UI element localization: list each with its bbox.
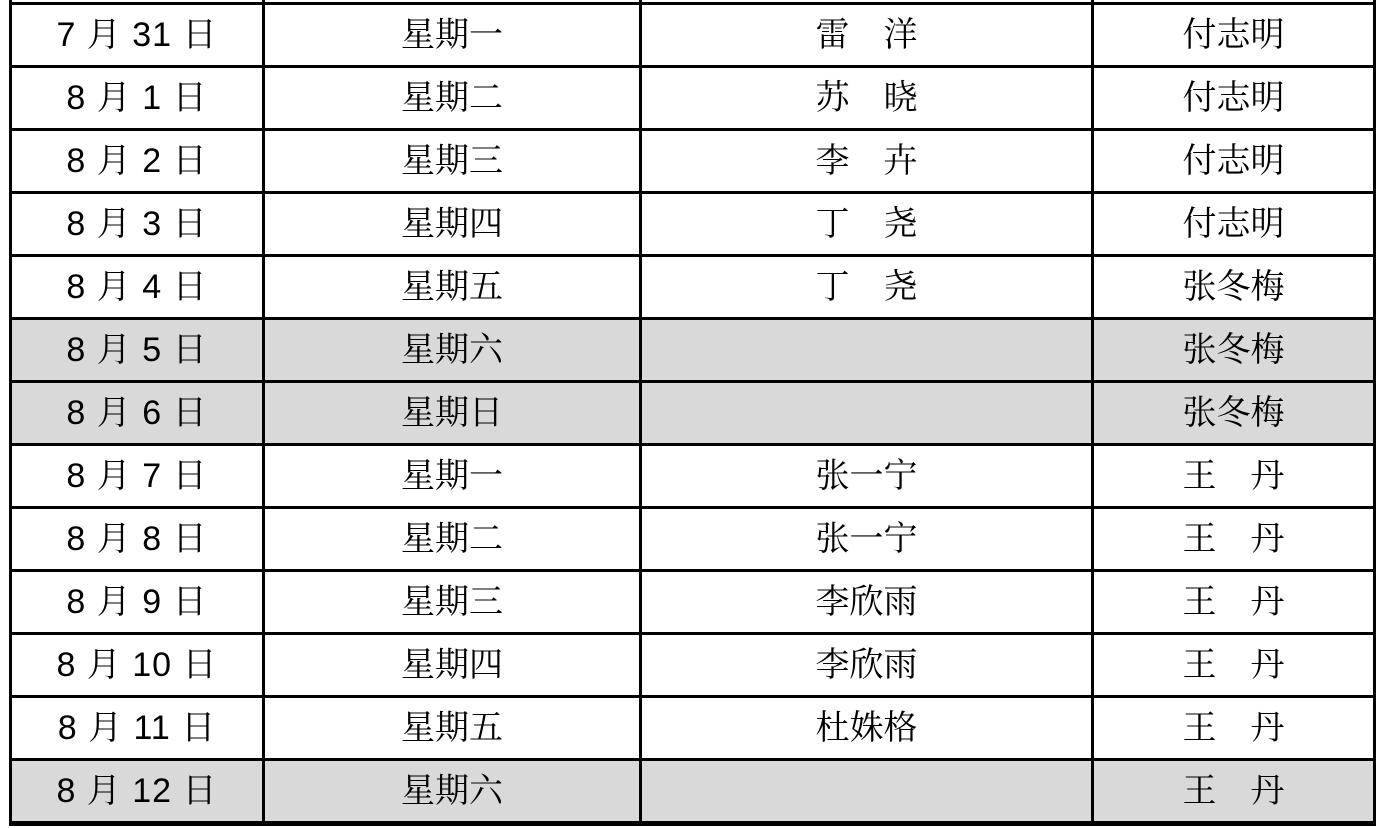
lead-person-cell: 付志明	[1093, 130, 1375, 193]
weekday-cell: 星期一	[264, 4, 641, 67]
date-cell: 7 月 31 日	[11, 4, 264, 67]
date-cell: 8 月 5 日	[11, 319, 264, 382]
table-row: 8 月 6 日 星期日 张冬梅	[11, 382, 1375, 445]
duty-person-cell	[641, 760, 1093, 824]
roster-body: 7 月 31 日 星期一 雷 洋 付志明 8 月 1 日 星期二 苏 晓 付志明…	[11, 0, 1375, 824]
duty-person-cell: 张一宁	[641, 508, 1093, 571]
lead-person-cell: 王 丹	[1093, 697, 1375, 760]
weekday-cell: 星期三	[264, 130, 641, 193]
duty-person-cell	[641, 382, 1093, 445]
date-cell: 8 月 11 日	[11, 697, 264, 760]
lead-person-cell: 王 丹	[1093, 571, 1375, 634]
lead-person-cell: 王 丹	[1093, 634, 1375, 697]
weekday-cell: 星期六	[264, 319, 641, 382]
table-row: 8 月 12 日 星期六 王 丹	[11, 760, 1375, 824]
lead-person-cell: 付志明	[1093, 4, 1375, 67]
date-cell: 8 月 2 日	[11, 130, 264, 193]
duty-person-cell: 杜姝格	[641, 697, 1093, 760]
date-cell: 8 月 6 日	[11, 382, 264, 445]
table-row: 8 月 2 日 星期三 李 卉 付志明	[11, 130, 1375, 193]
lead-person-cell: 付志明	[1093, 193, 1375, 256]
duty-person-cell	[641, 319, 1093, 382]
weekday-cell: 星期二	[264, 508, 641, 571]
date-cell: 8 月 10 日	[11, 634, 264, 697]
table-row: 8 月 4 日 星期五 丁 尧 张冬梅	[11, 256, 1375, 319]
table-row: 8 月 7 日 星期一 张一宁 王 丹	[11, 445, 1375, 508]
duty-person-cell: 张一宁	[641, 445, 1093, 508]
weekday-cell: 星期五	[264, 256, 641, 319]
table-row: 8 月 10 日 星期四 李欣雨 王 丹	[11, 634, 1375, 697]
weekday-cell: 星期一	[264, 445, 641, 508]
date-cell: 8 月 7 日	[11, 445, 264, 508]
duty-person-cell: 李欣雨	[641, 634, 1093, 697]
date-cell: 8 月 1 日	[11, 67, 264, 130]
weekday-cell: 星期六	[264, 760, 641, 824]
table-row: 8 月 9 日 星期三 李欣雨 王 丹	[11, 571, 1375, 634]
duty-roster-table: 7 月 31 日 星期一 雷 洋 付志明 8 月 1 日 星期二 苏 晓 付志明…	[9, 0, 1376, 826]
weekday-cell: 星期四	[264, 193, 641, 256]
duty-person-cell: 丁 尧	[641, 193, 1093, 256]
weekday-cell: 星期五	[264, 697, 641, 760]
table-row: 8 月 1 日 星期二 苏 晓 付志明	[11, 67, 1375, 130]
lead-person-cell: 张冬梅	[1093, 319, 1375, 382]
table-row: 7 月 31 日 星期一 雷 洋 付志明	[11, 4, 1375, 67]
date-cell: 8 月 4 日	[11, 256, 264, 319]
date-cell: 8 月 3 日	[11, 193, 264, 256]
duty-person-cell: 李欣雨	[641, 571, 1093, 634]
weekday-cell: 星期三	[264, 571, 641, 634]
duty-person-cell: 苏 晓	[641, 67, 1093, 130]
duty-person-cell: 雷 洋	[641, 4, 1093, 67]
lead-person-cell: 张冬梅	[1093, 256, 1375, 319]
duty-person-cell: 丁 尧	[641, 256, 1093, 319]
weekday-cell: 星期四	[264, 634, 641, 697]
document-page: 7 月 31 日 星期一 雷 洋 付志明 8 月 1 日 星期二 苏 晓 付志明…	[0, 0, 1377, 828]
table-row: 8 月 5 日 星期六 张冬梅	[11, 319, 1375, 382]
weekday-cell: 星期日	[264, 382, 641, 445]
table-row: 8 月 8 日 星期二 张一宁 王 丹	[11, 508, 1375, 571]
lead-person-cell: 付志明	[1093, 67, 1375, 130]
lead-person-cell: 王 丹	[1093, 445, 1375, 508]
table-row: 8 月 3 日 星期四 丁 尧 付志明	[11, 193, 1375, 256]
lead-person-cell: 王 丹	[1093, 508, 1375, 571]
lead-person-cell: 张冬梅	[1093, 382, 1375, 445]
duty-person-cell: 李 卉	[641, 130, 1093, 193]
table-row: 8 月 11 日 星期五 杜姝格 王 丹	[11, 697, 1375, 760]
lead-person-cell: 王 丹	[1093, 760, 1375, 824]
weekday-cell: 星期二	[264, 67, 641, 130]
date-cell: 8 月 9 日	[11, 571, 264, 634]
date-cell: 8 月 12 日	[11, 760, 264, 824]
date-cell: 8 月 8 日	[11, 508, 264, 571]
